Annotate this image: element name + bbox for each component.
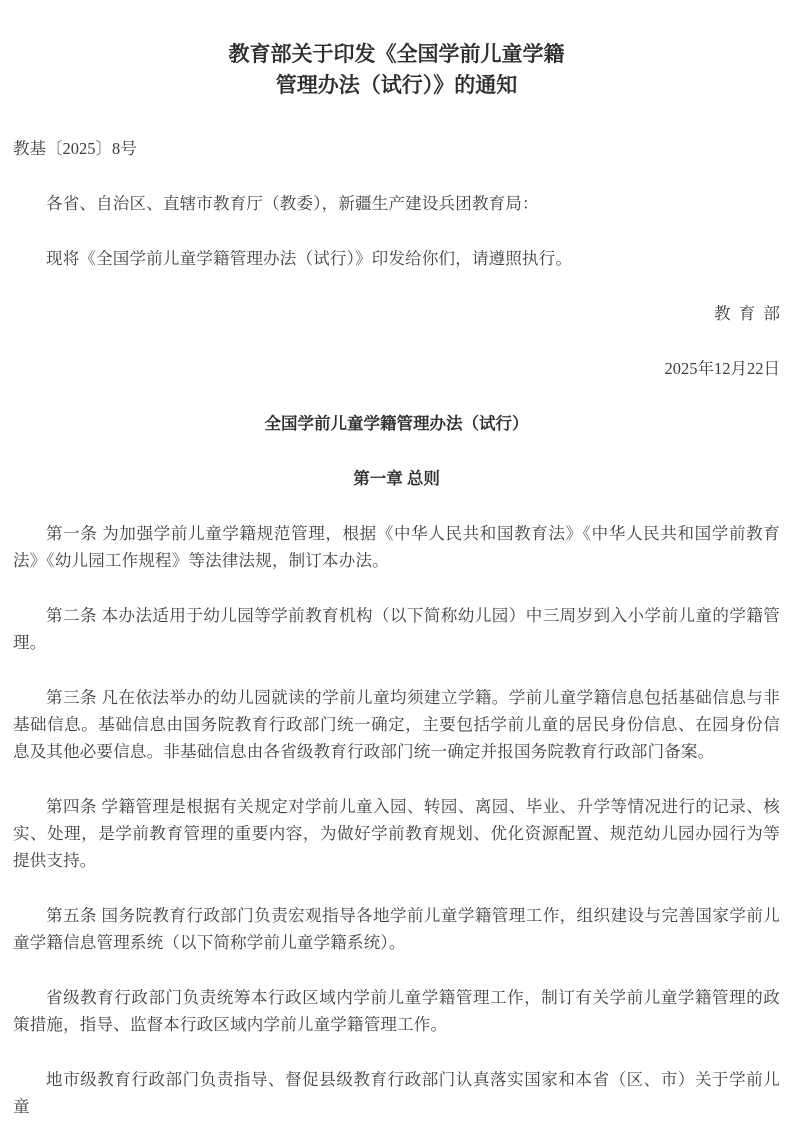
article-paragraph-2: 第二条 本办法适用于幼儿园等学前教育机构（以下简称幼儿园）中三周岁到入小学前儿童… <box>13 602 780 656</box>
chapter-heading: 第一章 总则 <box>13 465 780 492</box>
article-paragraph-4: 第四条 学籍管理是根据有关规定对学前儿童入园、转园、离园、毕业、升学等情况进行的… <box>13 793 780 874</box>
article-paragraph-3: 第三条 凡在依法举办的幼儿园就读的学前儿童均须建立学籍。学前儿童学籍信息包括基础… <box>13 684 780 765</box>
issuer-signature: 教 育 部 <box>13 300 780 327</box>
document-title: 教育部关于印发《全国学前儿童学籍 管理办法（试行）》的通知 <box>13 39 780 101</box>
regulation-title: 全国学前儿童学籍管理办法（试行） <box>13 410 780 437</box>
document-page: 教育部关于印发《全国学前儿童学籍 管理办法（试行）》的通知 教基〔2025〕8号… <box>0 0 793 1122</box>
issue-date: 2025年12月22日 <box>13 355 780 382</box>
salutation: 各省、自治区、直辖市教育厅（教委），新疆生产建设兵团教育局： <box>13 190 780 217</box>
article-paragraph-1: 第一条 为加强学前儿童学籍规范管理，根据《中华人民共和国教育法》《中华人民共和国… <box>13 520 780 574</box>
article-paragraph-7: 地市级教育行政部门负责指导、督促县级教育行政部门认真落实国家和本省（区、市）关于… <box>13 1066 780 1120</box>
article-paragraph-5: 第五条 国务院教育行政部门负责宏观指导各地学前儿童学籍管理工作，组织建设与完善国… <box>13 902 780 956</box>
document-title-line-2: 管理办法（试行）》的通知 <box>13 70 780 101</box>
document-number: 教基〔2025〕8号 <box>13 135 780 162</box>
article-paragraph-6: 省级教育行政部门负责统筹本行政区域内学前儿童学籍管理工作，制订有关学前儿童学籍管… <box>13 984 780 1038</box>
intro-paragraph: 现将《全国学前儿童学籍管理办法（试行）》印发给你们，请遵照执行。 <box>13 245 780 272</box>
document-title-line-1: 教育部关于印发《全国学前儿童学籍 <box>13 39 780 70</box>
